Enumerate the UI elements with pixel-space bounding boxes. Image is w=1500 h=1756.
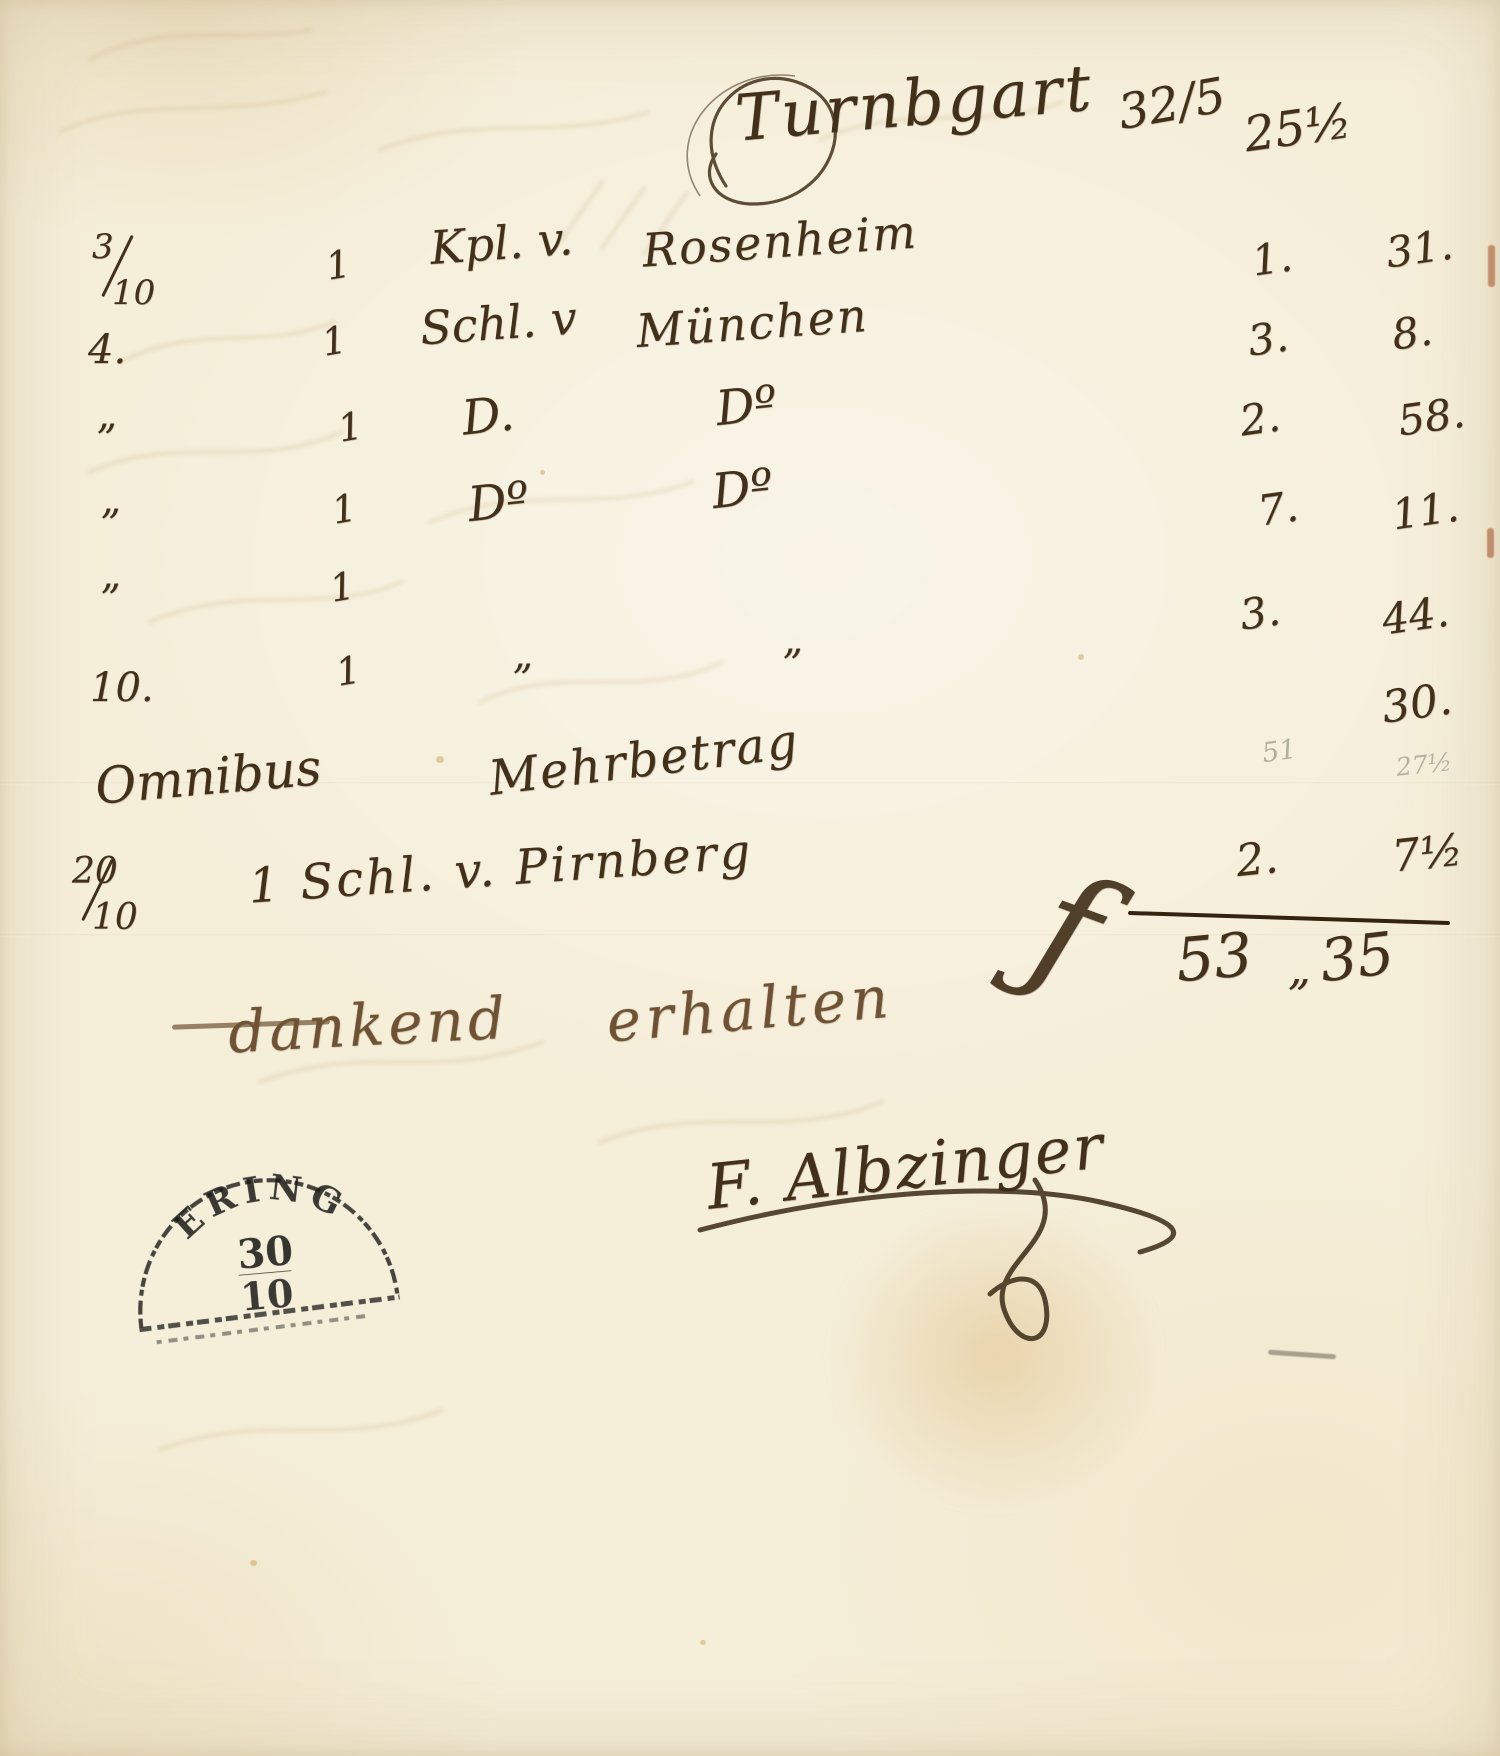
entry-text: 1 Schl. v. Pirnberg [247, 827, 755, 910]
date-denominator: 10 [92, 900, 138, 936]
closing-word-1: dankend [227, 989, 511, 1062]
amount-minor: 7½ [1390, 828, 1465, 879]
document-page: Turnbgart 32/5 25½ 3 10 1 Kpl. v. Rosenh… [0, 0, 1500, 1756]
total-separator: „ [1288, 948, 1311, 992]
total-major: 53 [1174, 925, 1255, 991]
ledger-row: 20 10 1 Schl. v. Pirnberg 2. 7½ [0, 0, 1500, 1756]
stamp-date-lower: 10 [239, 1270, 296, 1319]
signature-flourish [630, 1080, 1270, 1400]
stamp-bottom-smudge [156, 1316, 368, 1342]
total-minor: 35 [1317, 924, 1397, 991]
entry-date: 20 10 [72, 856, 130, 934]
postmark-stamp: ERING 30 10 [118, 1154, 423, 1369]
amount-major: 2. [1234, 836, 1280, 884]
